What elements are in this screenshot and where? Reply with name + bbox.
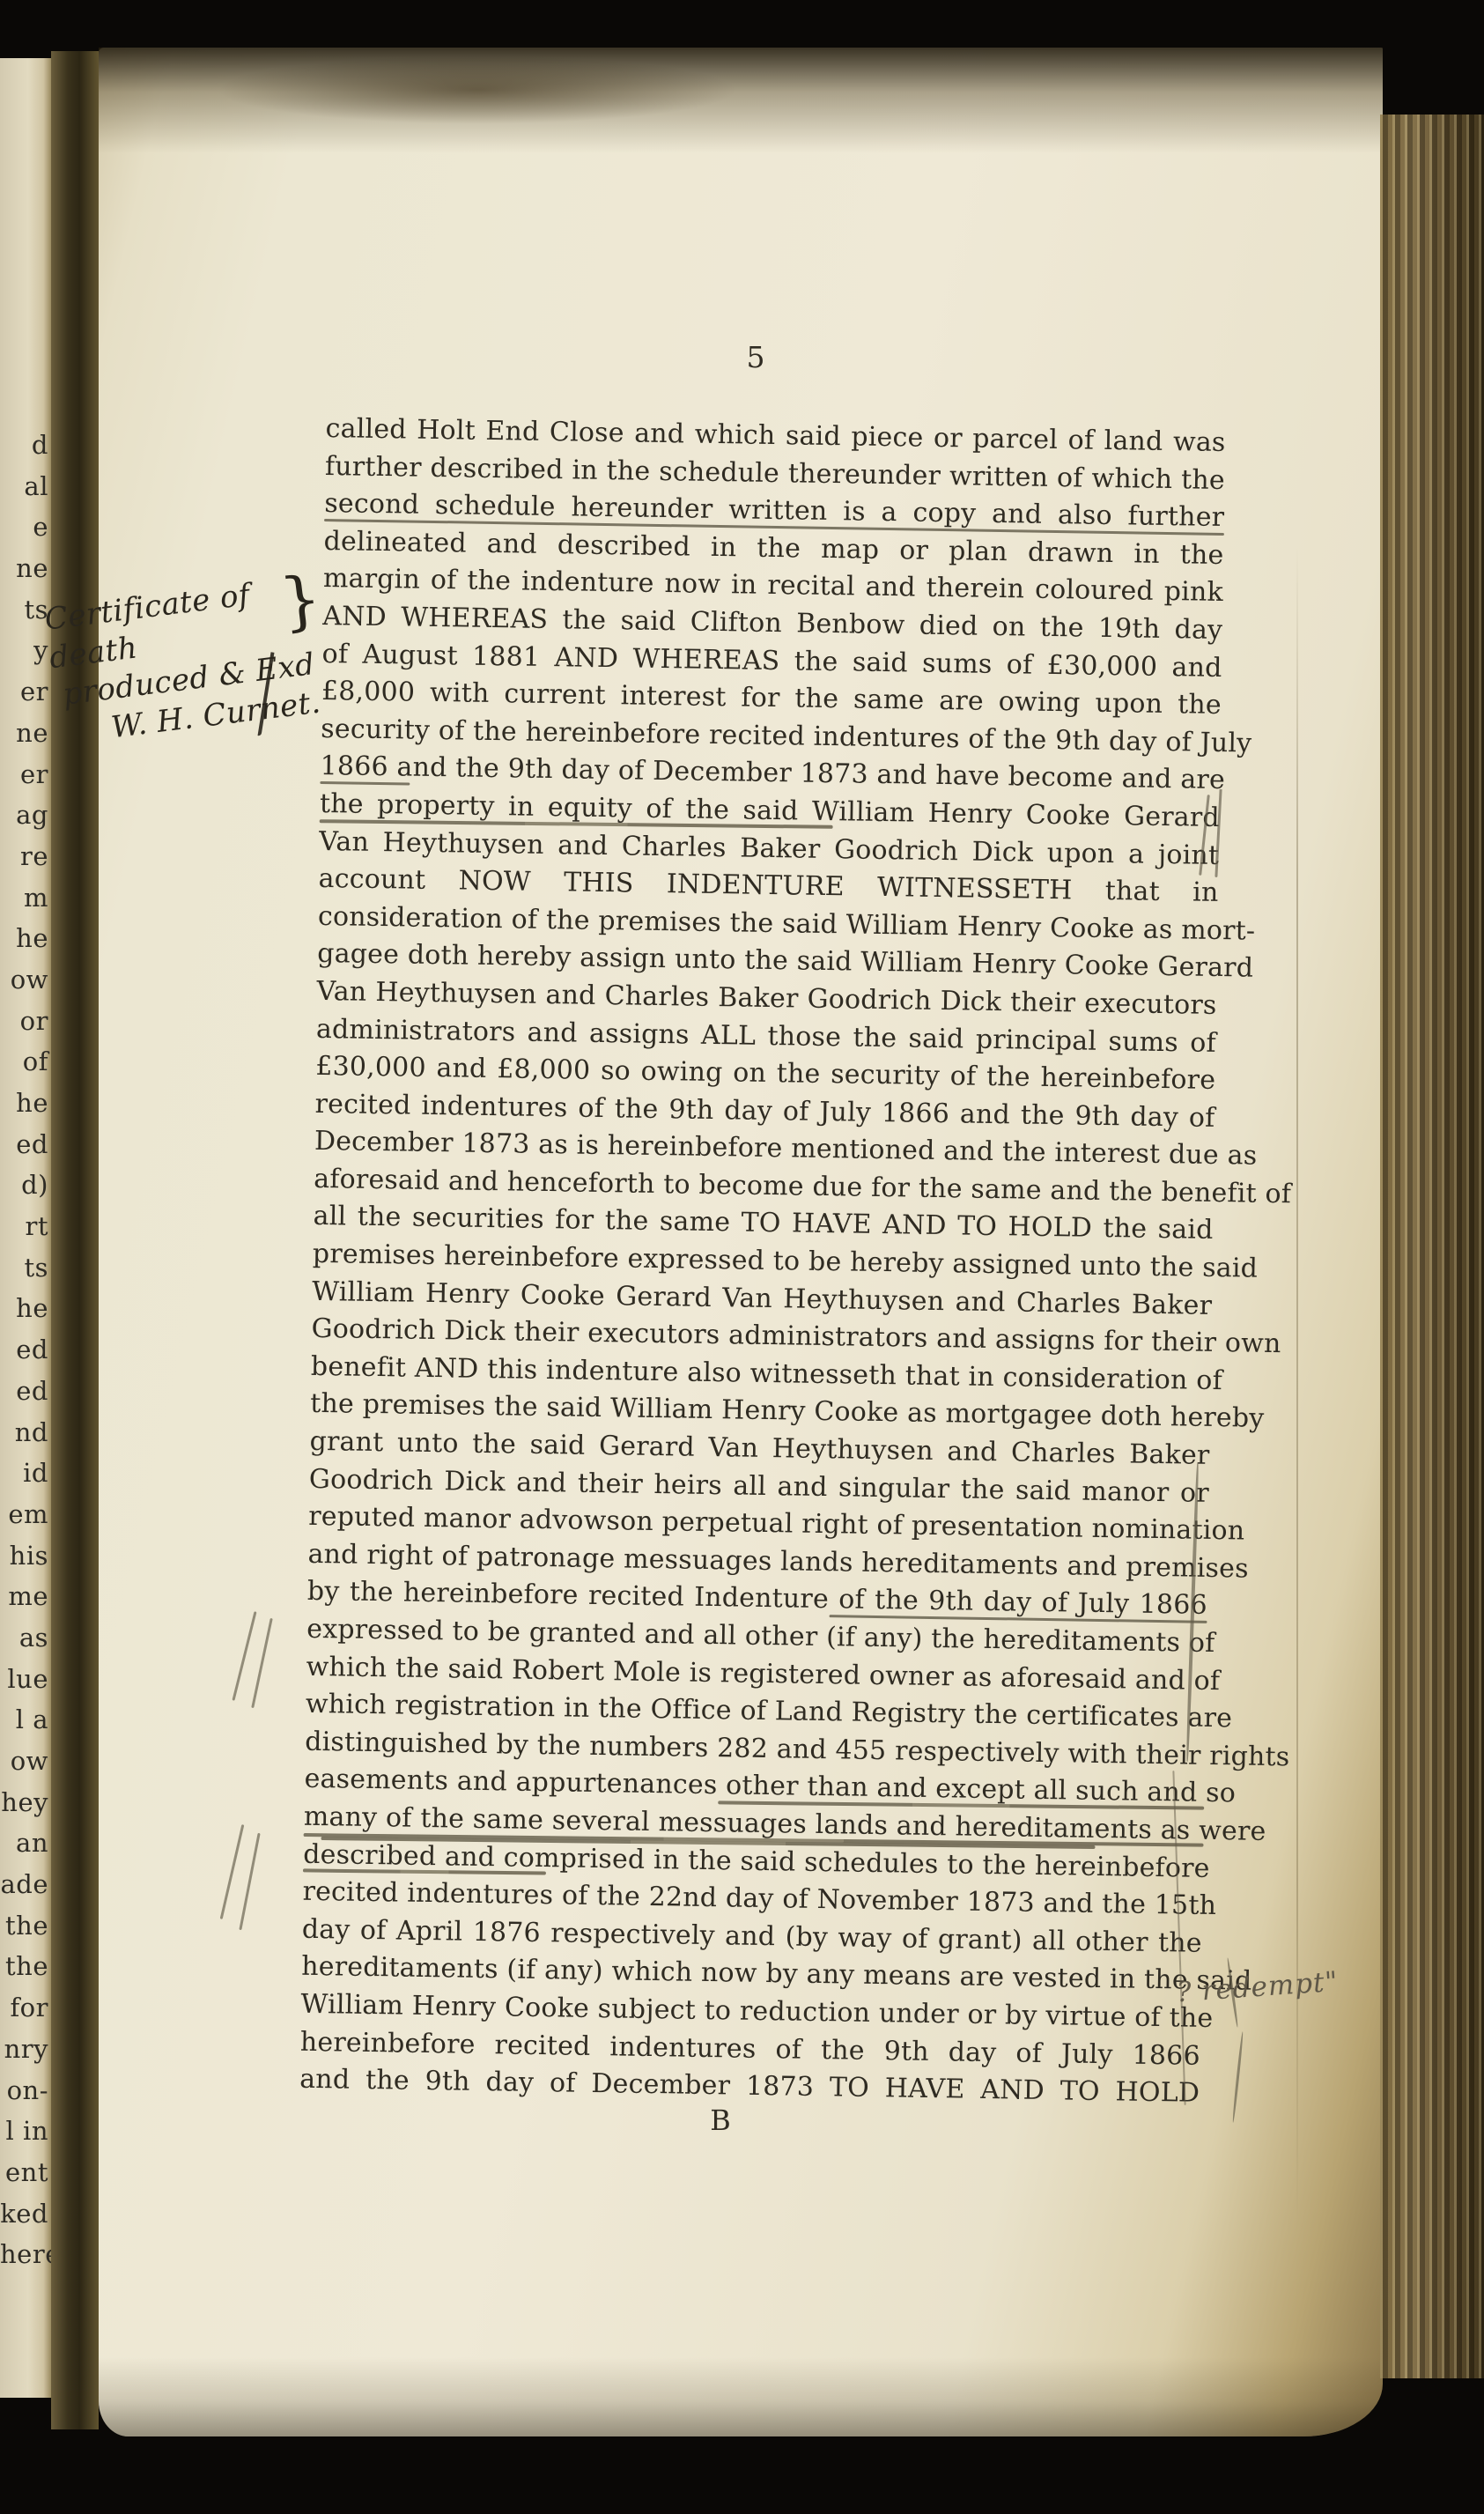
page-bottom-shadow	[99, 2357, 1383, 2436]
facing-page-fragment: he	[0, 918, 51, 959]
facing-page-fragment: ade	[0, 1864, 51, 1905]
facing-page-fragment: e	[0, 506, 51, 548]
facing-page-fragment: nd	[0, 1412, 51, 1453]
facing-page-fragment: d	[0, 425, 51, 466]
signature-mark: B	[694, 2104, 747, 2137]
book-photograph: dalenetsyerneeragremheoworofheedd)rttshe…	[0, 0, 1484, 2514]
facing-page-fragment: his	[0, 1535, 51, 1577]
facing-page-fragment: er	[0, 754, 51, 795]
facing-page-fragment: er	[0, 671, 51, 713]
facing-page-fragment: id	[0, 1453, 51, 1494]
facing-page-fragment: he	[0, 1083, 51, 1124]
facing-page-fragment: ne	[0, 548, 51, 589]
facing-page-edge: dalenetsyerneeragremheoworofheedd)rttshe…	[0, 58, 51, 2398]
body-text: called Holt End Close and which said pie…	[299, 410, 1226, 2113]
facing-page-fragment: y	[0, 630, 51, 671]
facing-page-fragment: ed	[0, 1329, 51, 1371]
facing-page-fragment: ked	[0, 2193, 51, 2235]
facing-page-fragments: dalenetsyerneeragremheoworofheedd)rttshe…	[0, 425, 51, 2275]
facing-page-fragment: an	[0, 1823, 51, 1864]
facing-page-fragment: ed	[0, 1371, 51, 1412]
facing-page-fragment: ne	[0, 713, 51, 754]
facing-page-fragment: or	[0, 1001, 51, 1042]
facing-page-fragment: ow	[0, 959, 51, 1001]
facing-page-fragment: l a	[0, 1699, 51, 1741]
facing-page-fragment: me	[0, 1576, 51, 1617]
page-top-soiling	[99, 48, 1383, 153]
facing-page-fragment: as	[0, 1617, 51, 1659]
facing-page-fragment: here	[0, 2234, 51, 2275]
facing-page-fragment: for	[0, 1987, 51, 2029]
facing-page-fragment: l in	[0, 2111, 51, 2152]
facing-page-fragment: on-	[0, 2070, 51, 2111]
facing-page-fragment: the	[0, 1946, 51, 1987]
facing-page-fragment: ag	[0, 795, 51, 836]
page-number: 5	[729, 340, 782, 374]
facing-page-fragment: hey	[0, 1782, 51, 1823]
facing-page-fragment: em	[0, 1494, 51, 1535]
facing-page-fragment: ts	[0, 1247, 51, 1289]
facing-page-fragment: re	[0, 836, 51, 877]
facing-page-fragment: m	[0, 877, 51, 919]
gutter-shadow	[51, 51, 99, 2429]
left-margin-handwritten-note: Certificate of death produced & Exd W. H…	[43, 569, 324, 753]
facing-page-fragment: ent	[0, 2152, 51, 2193]
facing-page-fragment: ed	[0, 1124, 51, 1165]
facing-page-fragment: rt	[0, 1206, 51, 1247]
facing-page-fragment: al	[0, 466, 51, 507]
facing-page-fragment: d)	[0, 1165, 51, 1206]
facing-page-fragment: lue	[0, 1659, 51, 1700]
facing-page-fragment: nry	[0, 2029, 51, 2070]
facing-page-fragment: he	[0, 1288, 51, 1329]
facing-page-fragment: of	[0, 1041, 51, 1083]
facing-page-fragment: the	[0, 1905, 51, 1947]
pencil-underline	[320, 781, 410, 786]
book-fore-edge	[1380, 115, 1484, 2378]
facing-page-fragment: ow	[0, 1741, 51, 1782]
